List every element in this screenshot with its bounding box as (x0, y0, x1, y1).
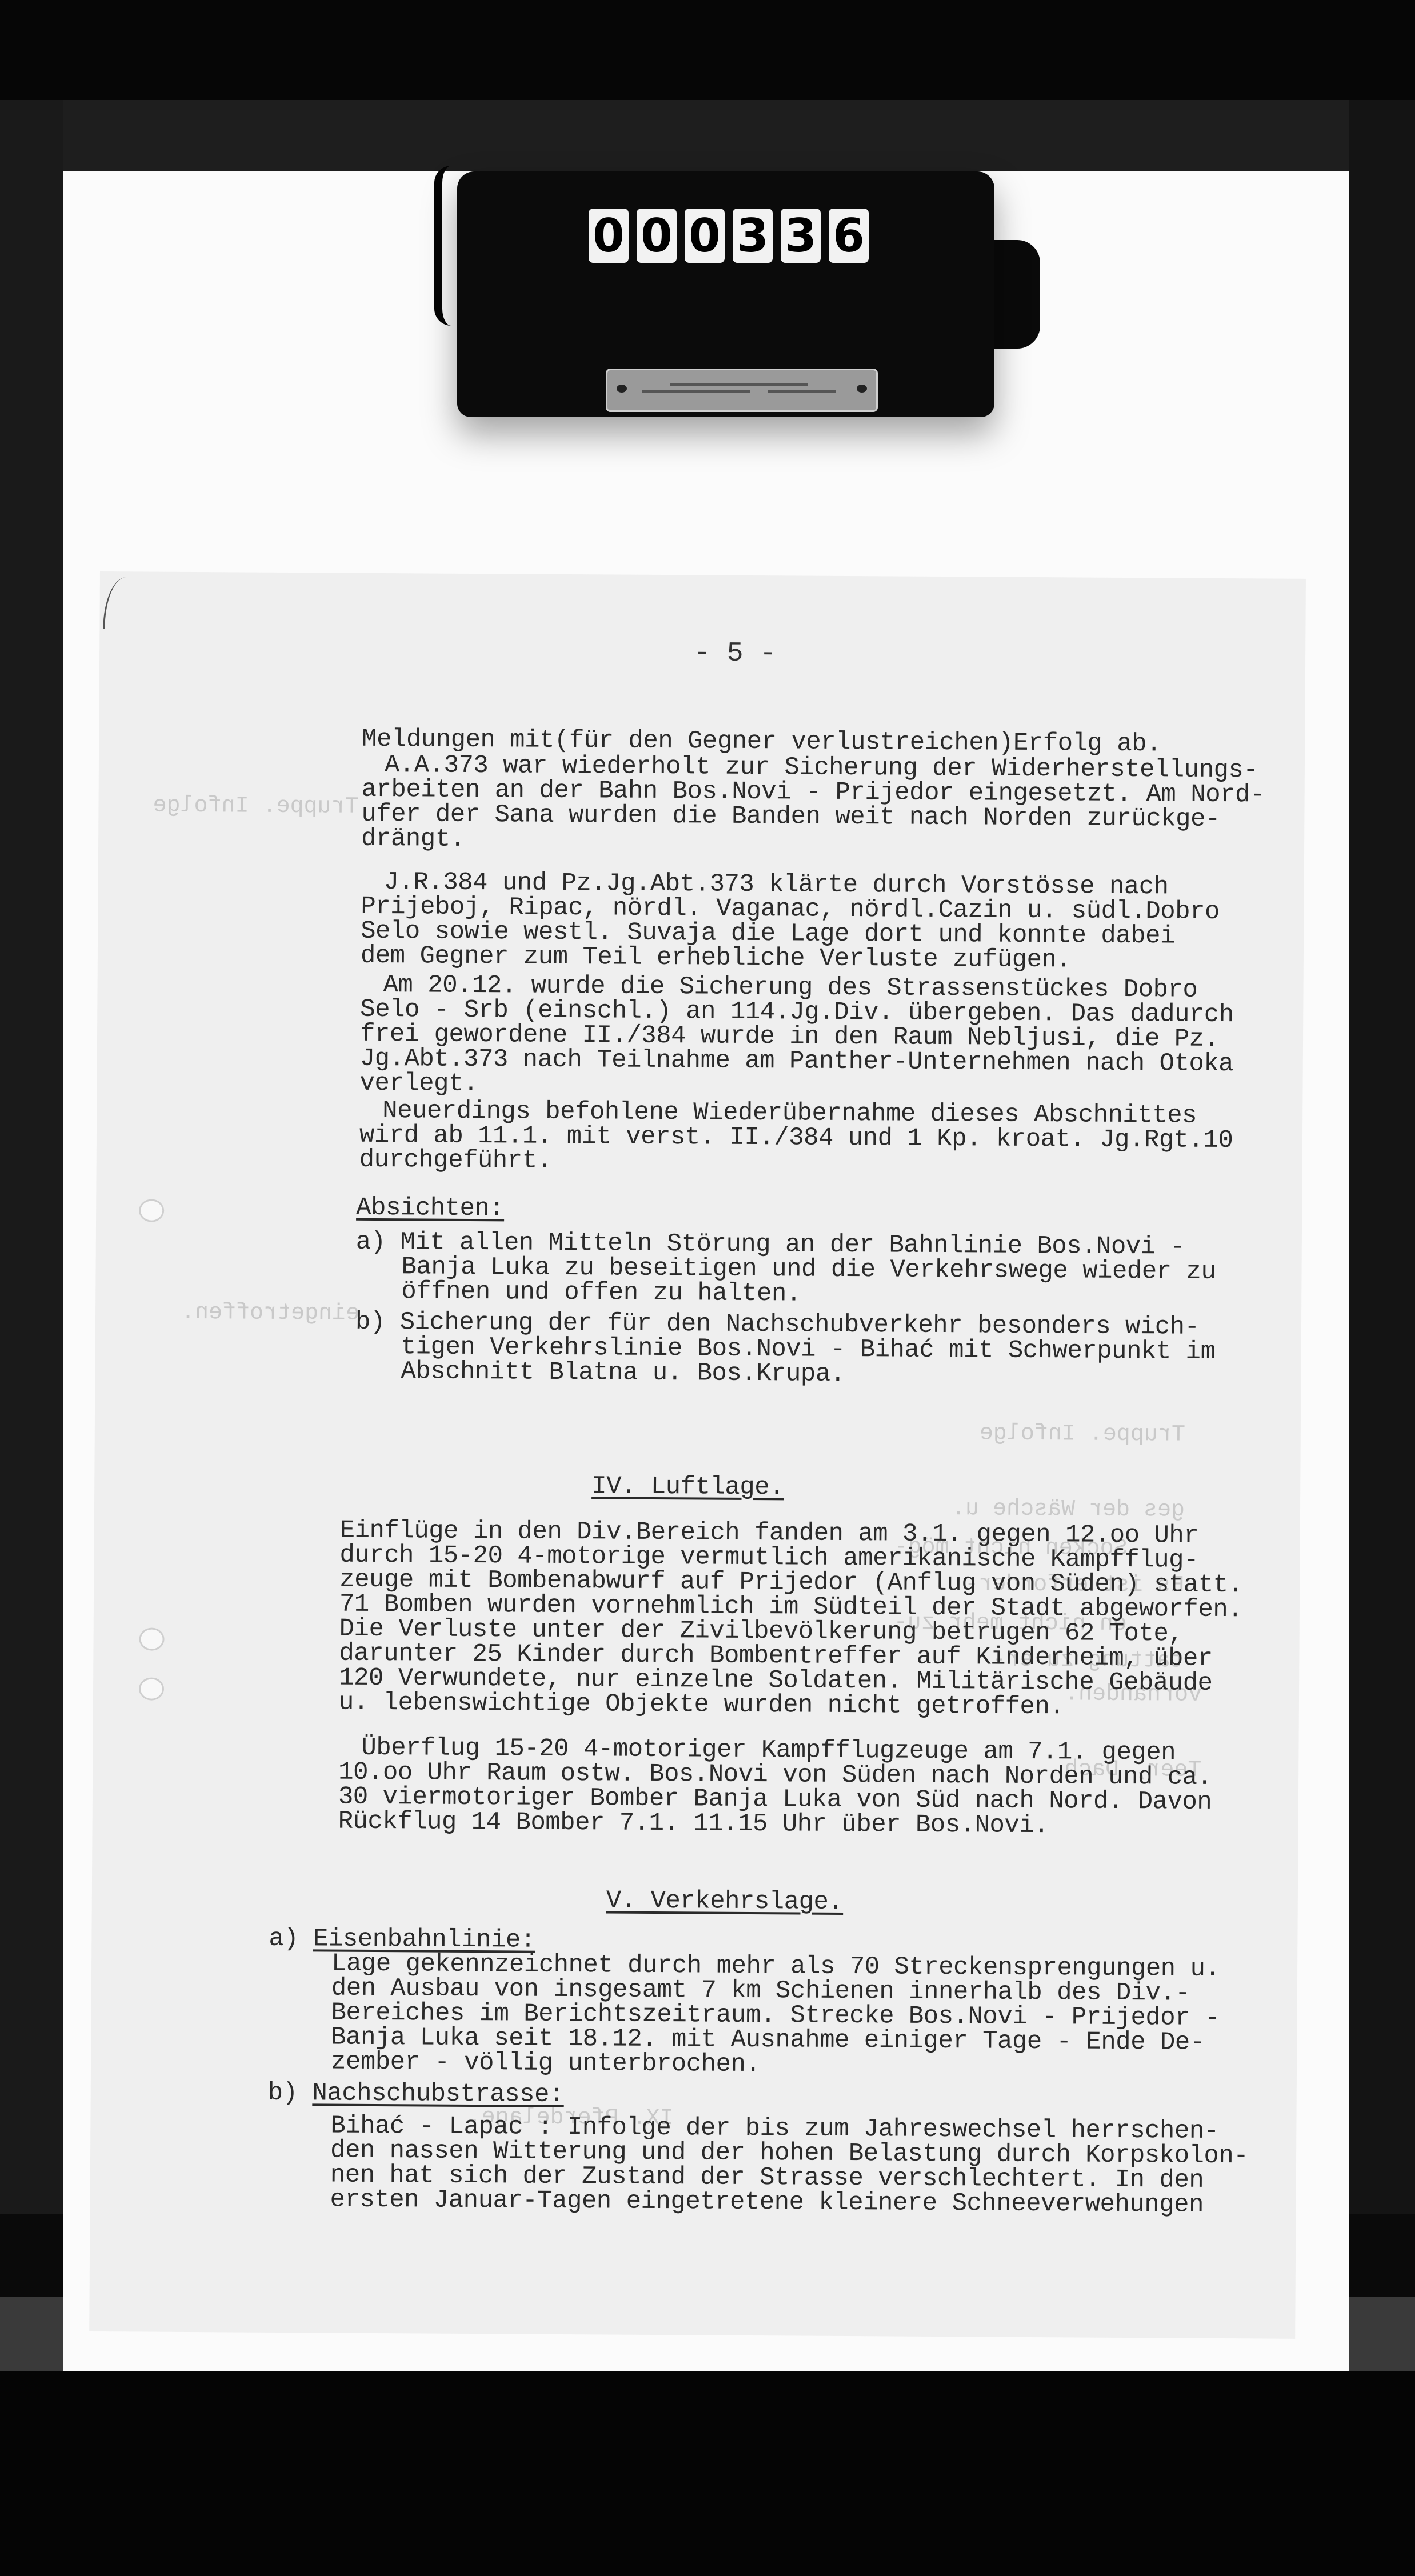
heading-nachschubstrasse: Nachschubstrasse: (312, 2079, 564, 2109)
heading-luftlage: IV. Luftlage. (591, 1474, 784, 1500)
counter-digit: 6 (829, 209, 869, 263)
counter-digit: 0 (637, 209, 677, 263)
counter-nameplate (606, 369, 878, 412)
absichten-item-a: a) Mit allen Mitteln Störung an der Bahn… (355, 1230, 1216, 1309)
film-border-band (0, 100, 1415, 183)
film-border-top (0, 0, 1415, 100)
counter-digit: 0 (589, 209, 629, 263)
verkehrslage-item-a: a) Eisenbahnlinie: Lage gekennzeichnet d… (268, 1927, 1220, 2080)
heading-verkehrslage: V. Verkehrslage. (606, 1889, 844, 1915)
counter-digit: 0 (685, 209, 725, 263)
film-border-right (1349, 100, 1415, 2214)
paragraph-20-12: Am 20.12. wurde die Sicherung des Strass… (359, 973, 1234, 1101)
paragraph-neuerdings: Neuerdings befohlene Wiederübernahme die… (359, 1099, 1233, 1178)
frame-counter-digits: 0 0 0 3 3 6 (589, 209, 869, 263)
paragraph-aa373: A.A.373 war wiederholt zur Sicherung der… (361, 753, 1265, 857)
heading-absichten: Absichten: (356, 1196, 504, 1222)
bleed-through-text: eingetroffen. (181, 1301, 359, 1327)
verkehrslage-item-b: b) Nachschubstrasse: Bihać - Lapac : Inf… (267, 2081, 1248, 2218)
absichten-item-b: b) Sicherung der für den Nachschubverkeh… (355, 1310, 1216, 1389)
counter-digit: 3 (733, 209, 773, 263)
film-border-left (0, 100, 63, 2214)
counter-digit: 3 (781, 209, 821, 263)
paragraph-einfluege: Einflüge in den Div.Bereich fanden am 3.… (339, 1519, 1243, 1721)
paragraph-jr384: J.R.384 und Pz.Jg.Abt.373 klärte durch V… (361, 870, 1220, 974)
punch-hole (139, 1627, 164, 1650)
film-border-bottom (0, 2371, 1415, 2576)
paragraph-ueberflug: Überflug 15-20 4-motoriger Kampfflugzeug… (338, 1736, 1212, 1839)
punch-hole (139, 1199, 164, 1222)
document-page: Truppe. Infolge eingetroffen. Truppe. In… (89, 571, 1306, 2339)
folded-corner (103, 577, 128, 629)
page-number: - 5 - (694, 638, 776, 669)
punch-hole (139, 1677, 164, 1700)
bleed-through-text: Truppe. Infolge (153, 743, 359, 870)
